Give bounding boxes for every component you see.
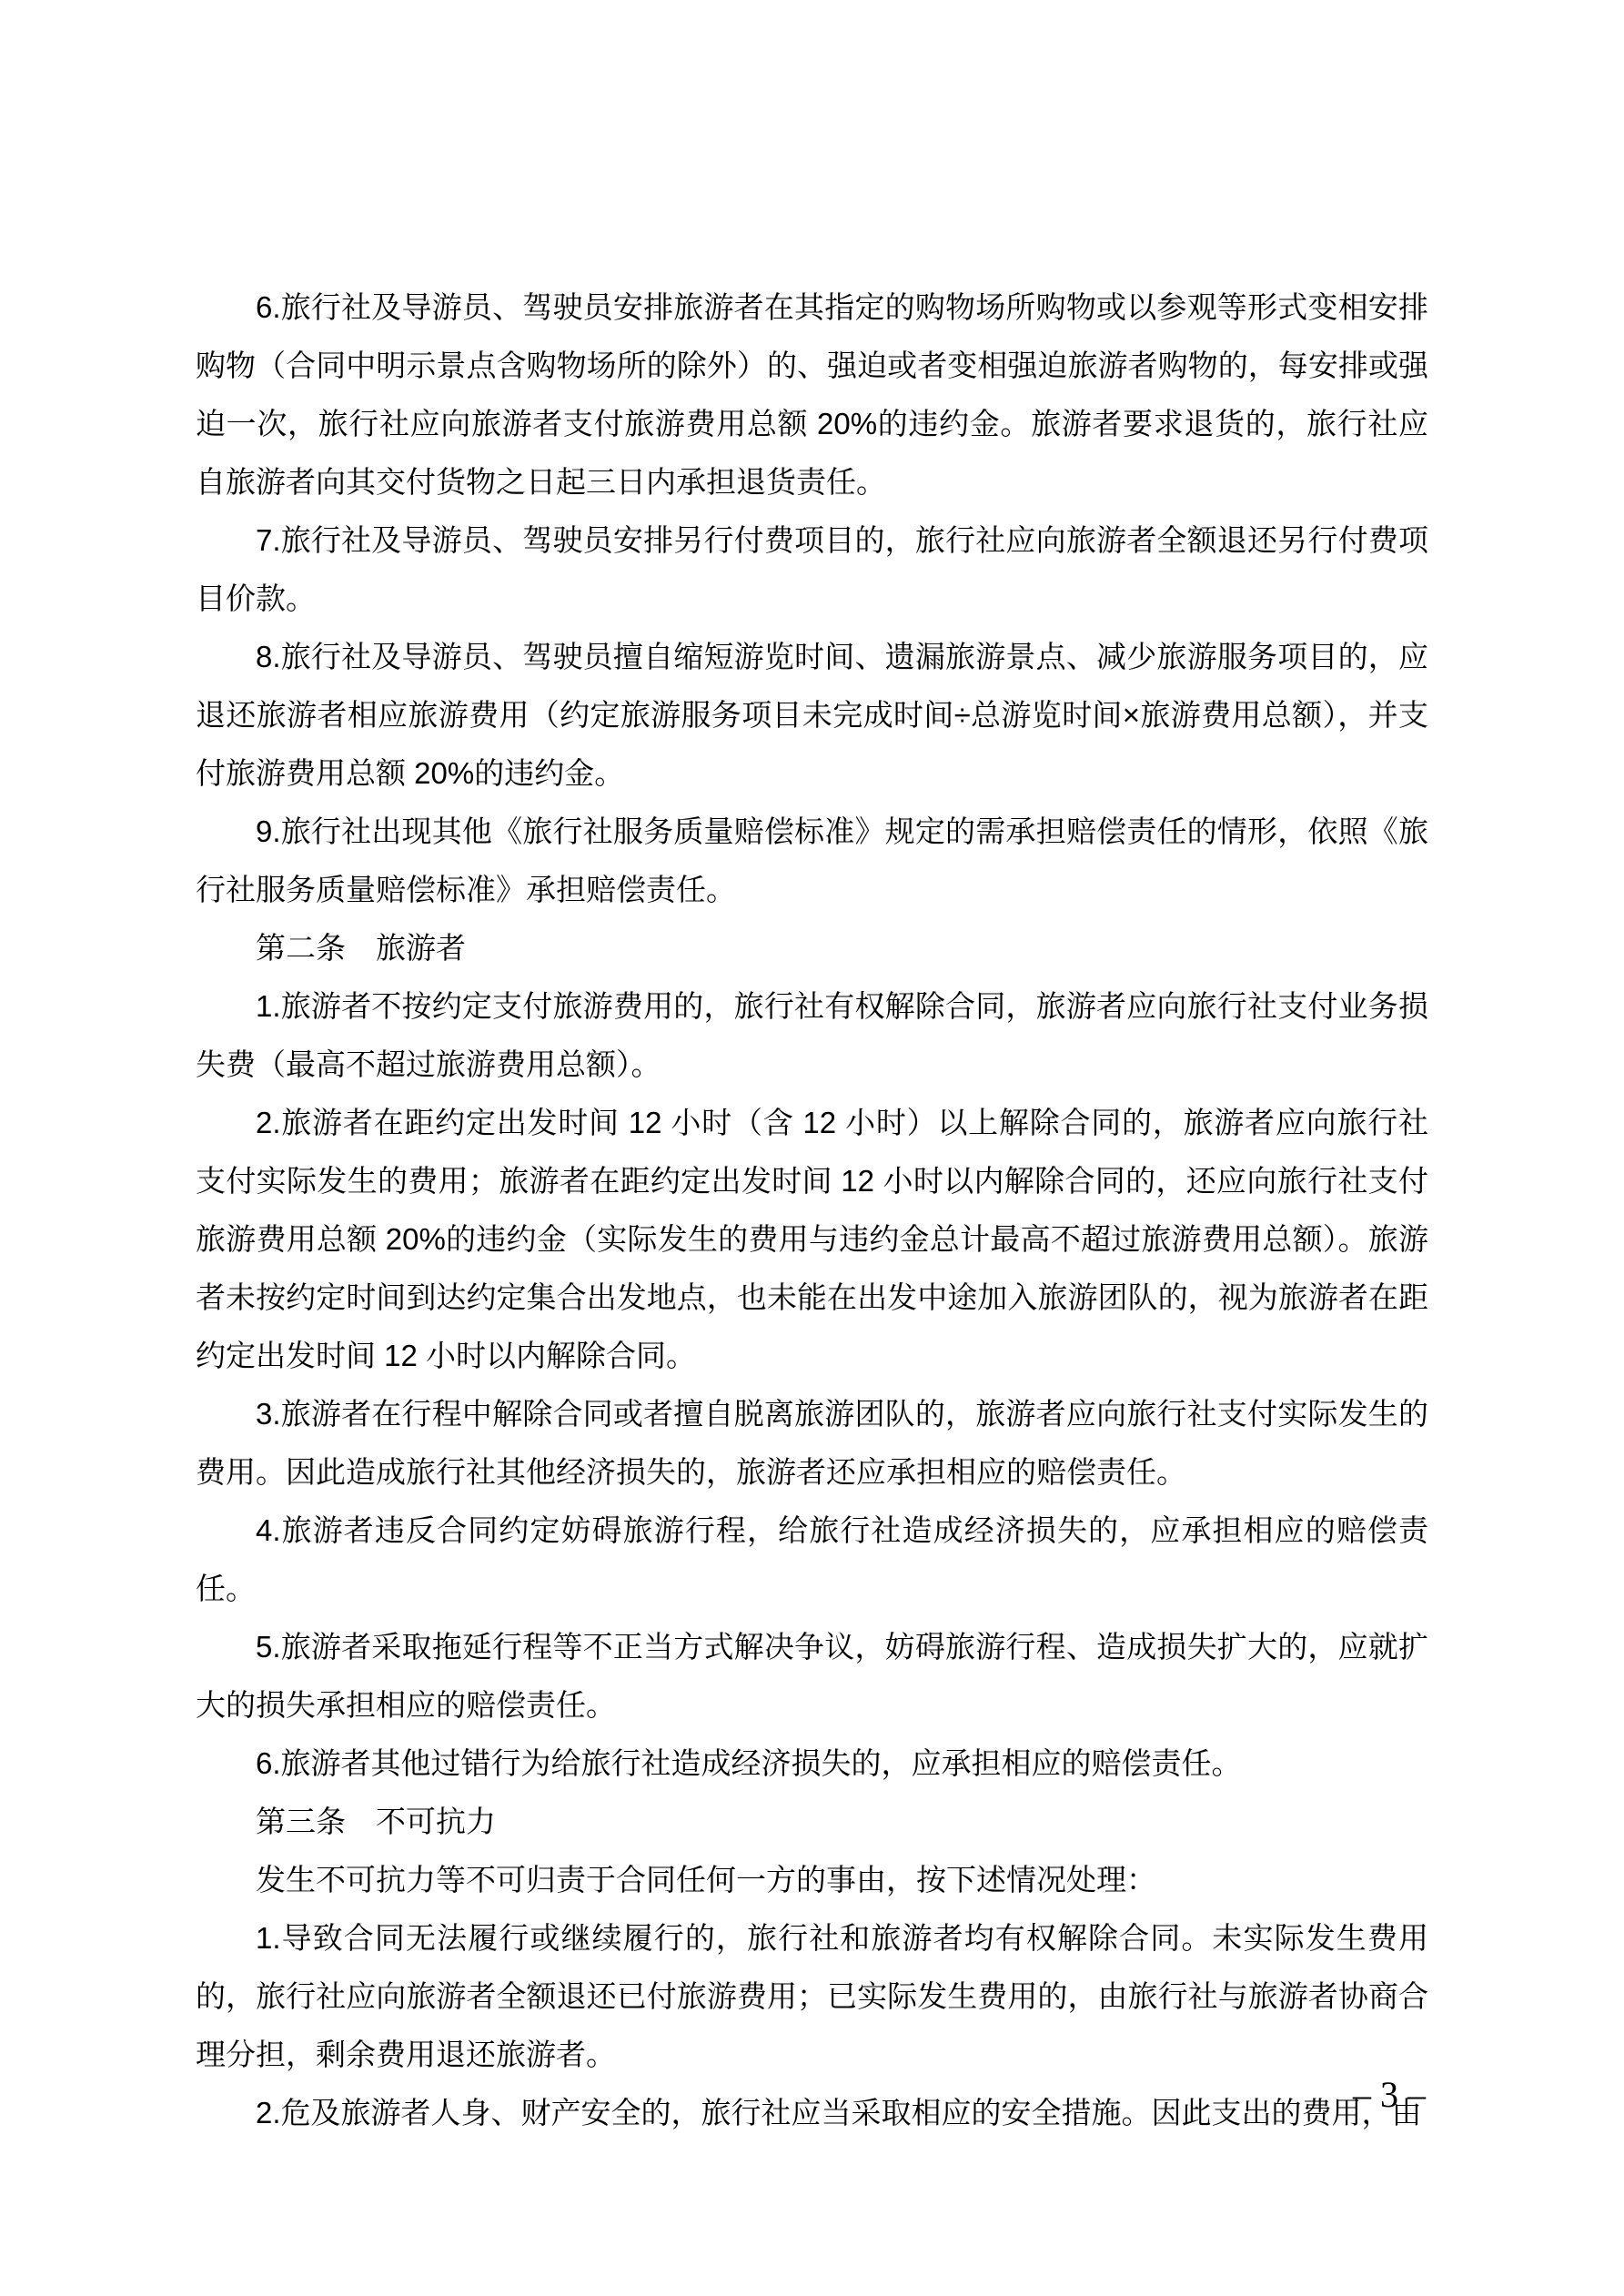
article-3-heading: 第三条 不可抗力 [196, 1793, 1428, 1851]
contract-paragraph: 2.危及旅游者人身、财产安全的，旅行社应当采取相应的安全措施。因此支出的费用，由 [196, 2084, 1428, 2142]
contract-paragraph: 2.旅游者在距约定出发时间 12 小时（含 12 小时）以上解除合同的，旅游者应… [196, 1094, 1428, 1385]
page-number: – 3 – [1353, 2075, 1426, 2115]
contract-text-block: 6.旅行社及导游员、驾驶员安排旅游者在其指定的购物场所购物或以参观等形式变相安排… [196, 278, 1428, 2142]
contract-paragraph: 7.旅行社及导游员、驾驶员安排另行付费项目的，旅行社应向旅游者全额退还另行付费项… [196, 511, 1428, 628]
contract-paragraph: 4.旅游者违反合同约定妨碍旅游行程，给旅行社造成经济损失的，应承担相应的赔偿责任… [196, 1502, 1428, 1618]
contract-paragraph: 1.旅游者不按约定支付旅游费用的，旅行社有权解除合同，旅游者应向旅行社支付业务损… [196, 977, 1428, 1094]
contract-paragraph: 5.旅游者采取拖延行程等不正当方式解决争议，妨碍旅游行程、造成损失扩大的，应就扩… [196, 1618, 1428, 1735]
document-page: 6.旅行社及导游员、驾驶员安排旅游者在其指定的购物场所购物或以参观等形式变相安排… [0, 0, 1624, 2296]
article-2-heading: 第二条 旅游者 [196, 919, 1428, 977]
contract-paragraph: 6.旅游者其他过错行为给旅行社造成经济损失的，应承担相应的赔偿责任。 [196, 1735, 1428, 1793]
contract-paragraph: 8.旅行社及导游员、驾驶员擅自缩短游览时间、遗漏旅游景点、减少旅游服务项目的，应… [196, 628, 1428, 803]
contract-paragraph: 3.旅游者在行程中解除合同或者擅自脱离旅游团队的，旅游者应向旅行社支付实际发生的… [196, 1385, 1428, 1502]
contract-paragraph: 6.旅行社及导游员、驾驶员安排旅游者在其指定的购物场所购物或以参观等形式变相安排… [196, 278, 1428, 511]
contract-paragraph: 9.旅行社出现其他《旅行社服务质量赔偿标准》规定的需承担赔偿责任的情形，依照《旅… [196, 803, 1428, 919]
contract-paragraph: 1.导致合同无法履行或继续履行的，旅行社和旅游者均有权解除合同。未实际发生费用的… [196, 1909, 1428, 2084]
contract-paragraph: 发生不可抗力等不可归责于合同任何一方的事由，按下述情况处理： [196, 1851, 1428, 1909]
